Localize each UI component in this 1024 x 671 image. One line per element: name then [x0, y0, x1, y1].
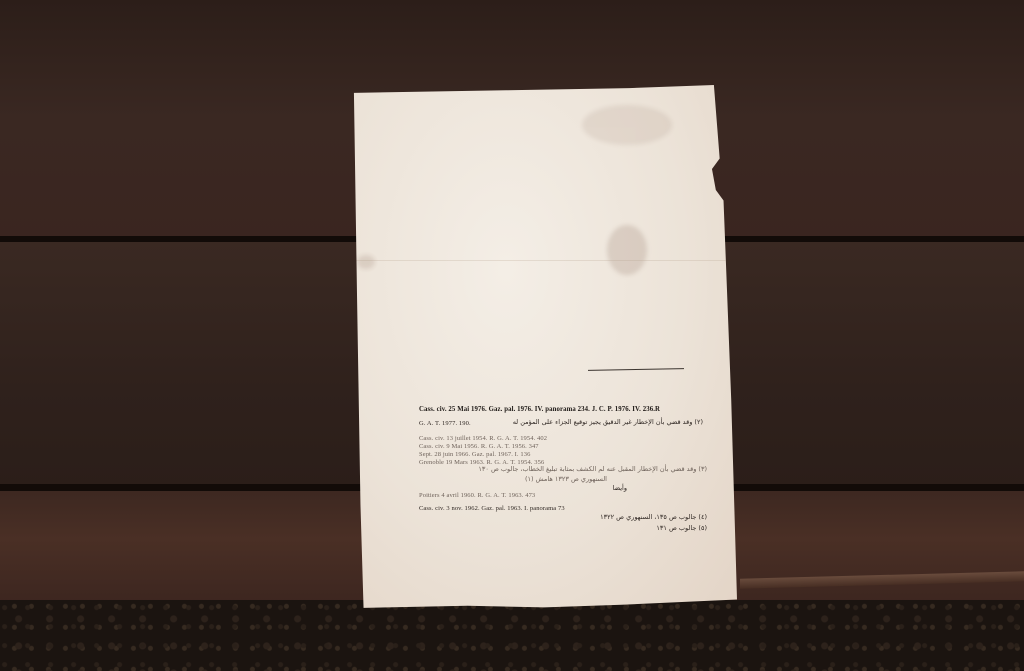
footnote-line-arabic: وأيضا — [613, 484, 627, 492]
footnote-line-arabic: (٣) وقد قضي بأن الإخطار المقبل عنه لم ال… — [478, 465, 707, 473]
stain — [582, 105, 672, 145]
footnote-line: Cass. civ. 25 Mai 1976. Gaz. pal. 1976. … — [419, 406, 660, 413]
footnote-line: Poitiers 4 avril 1960. R. G. A. T. 1963.… — [419, 492, 535, 499]
footnote-line-arabic: (٢) وقد قضي بأن الإخطار غير الدقيق يجيز … — [513, 418, 703, 426]
footnote-line-arabic: (٤) جالوب ص ١٣٥، السنهوري ص ١٣٢٢ — [600, 513, 707, 521]
ground-soil — [0, 600, 1024, 671]
footnote-line: G. A. T. 1977. 190. — [419, 420, 471, 427]
footnote-line: Cass. civ. 3 nov. 1962. Gaz. pal. 1963. … — [419, 505, 565, 512]
footnote-line-arabic: (٥) جالوب ص ١٣١ — [656, 524, 707, 532]
footnote-line: Cass. civ. 13 juillet 1954. R. G. A. T. … — [419, 435, 547, 442]
stain — [357, 255, 375, 269]
stain — [607, 225, 647, 275]
fold-crease — [352, 260, 737, 261]
footnote-line-arabic: السنهوري ص ١٣٢٣ هامش (١) — [525, 475, 607, 483]
footnote-line: Sept. 28 juin 1966. Gaz. pal. 1967. I. 1… — [419, 451, 530, 458]
footnote-line: Cass. civ. 9 Mai 1956. R. G. A. T. 1956.… — [419, 443, 539, 450]
footnote-separator-rule — [588, 368, 684, 371]
aged-paper-page: Cass. civ. 25 Mai 1976. Gaz. pal. 1976. … — [352, 85, 737, 610]
